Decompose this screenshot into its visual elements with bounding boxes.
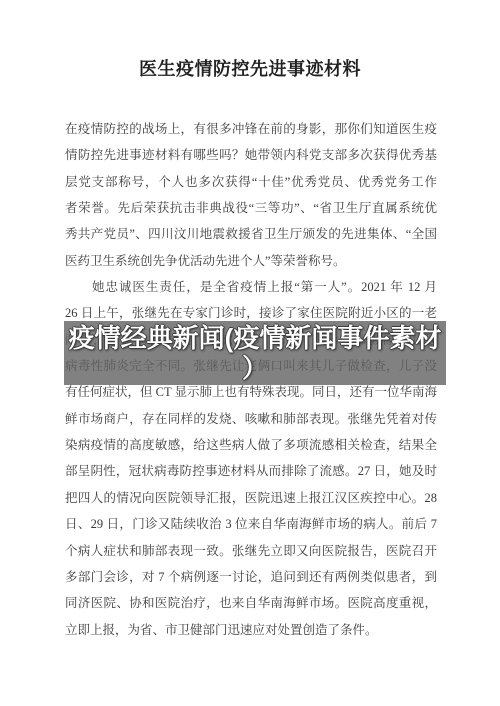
body-text-line: 染病疫情的高度敏感，给这些病人做了多项流感相关检查，结果全 xyxy=(65,432,437,458)
body-text-line: 日、29 日，门诊又陆续收治 3 位来自华南海鲜市场的病人。前后 7 xyxy=(65,511,437,537)
body-text-line: 秀共产党员”、四川汶川地震救援省卫生厅颁发的先进集体、“全国 xyxy=(65,221,437,247)
watermark-text-line1: 疫情经典新闻(疫情新闻事件素材 xyxy=(69,323,442,353)
body-text-line: 把四人的情况向医院领导汇报，医院迅速上报江汉区疾控中心。28 xyxy=(65,485,437,511)
body-text-line: 个病人症状和肺部表现一致。张继先立即又向医院报告，医院召开 xyxy=(65,538,437,564)
body-text-line: 鲜市场商户，存在同样的发烧、咳嗽和肺部表现。张继先凭着对传 xyxy=(65,406,437,432)
watermark-banner: 疫情经典新闻(疫情新闻事件素材 ） xyxy=(64,321,446,385)
document-title: 医生疫情防控先进事迹材料 xyxy=(0,57,500,81)
document-page: 医生疫情防控先进事迹材料 在疫情防控的战场上，有很多冲锋在前的身影，那你们知道医… xyxy=(0,0,500,706)
body-text-line: 立即上报，为省、市卫健部门迅速应对处置创造了条件。 xyxy=(65,617,437,643)
body-text-line: 情防控先进事迹材料有哪些吗？她带领内科党支部多次获得优秀基 xyxy=(65,142,437,168)
watermark-text-line2: ） xyxy=(242,353,268,383)
body-text-line: 在疫情防控的战场上，有很多冲锋在前的身影，那你们知道医生疫 xyxy=(65,116,437,142)
body-text-line: 同济医院、协和医院治疗，也来自华南海鲜市场。医院高度重视， xyxy=(65,590,437,616)
body-text-line: 她忠诚医生责任，是全省疫情上报“第一人”。2021 年 12 月 xyxy=(65,274,437,300)
body-text-line: 多部门会诊，对 7 个病例逐一讨论，追问到还有两例类似患者，到 xyxy=(65,564,437,590)
body-text-line: 层党支部称号，个人也多次获得“十佳”优秀党员、优秀党务工作 xyxy=(65,169,437,195)
body-text-line: 部呈阴性，冠状病毒防控事迹材料从而排除了流感。27 日，她及时 xyxy=(65,458,437,484)
body-text-line: 医药卫生系统创先争优活动先进个人”等荣誉称号。 xyxy=(65,248,437,274)
body-text-line: 者荣誉。先后荣获抗击非典战役“三等功”、“省卫生厅直属系统优 xyxy=(65,195,437,221)
